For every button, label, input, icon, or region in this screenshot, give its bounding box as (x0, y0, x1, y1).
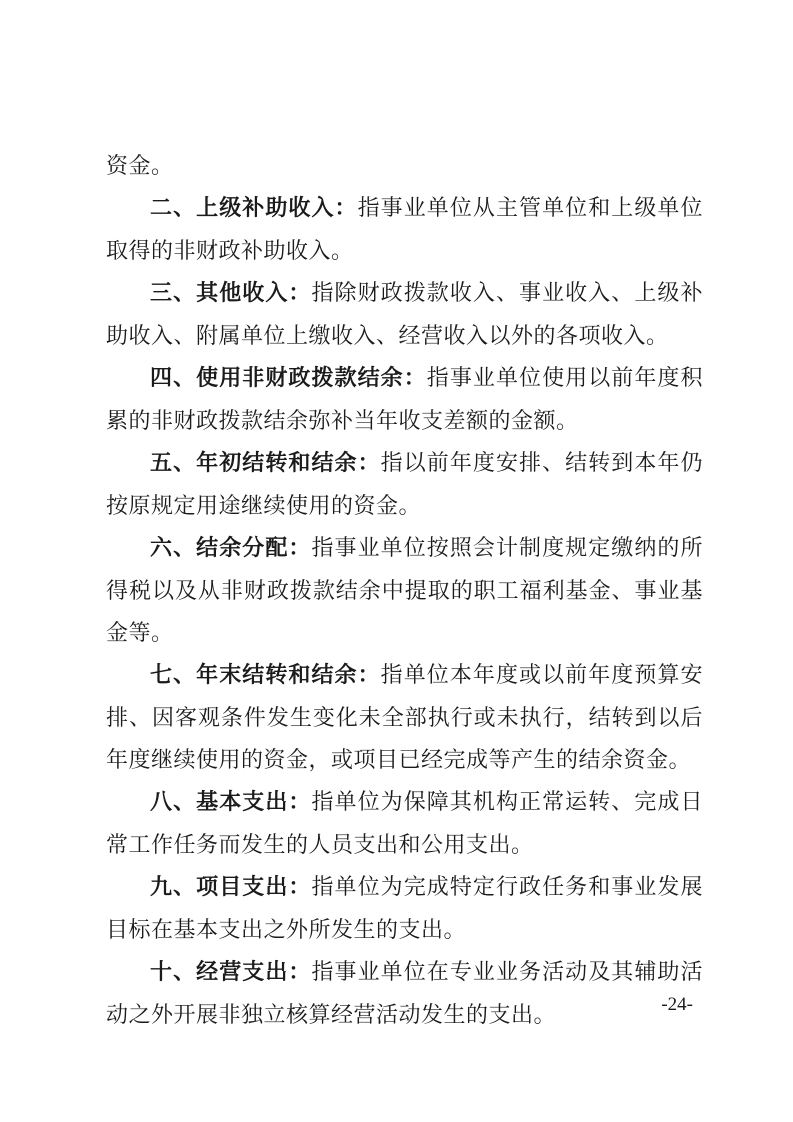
definition-term: 七、年末结转和结余： (150, 663, 381, 688)
document-page: 资金。 二、上级补助收入：指事业单位从主管单位和上级单位取得的非财政补助收入。 … (0, 0, 793, 1122)
definition-term: 八、基本支出： (150, 790, 311, 815)
definition-term: 五、年初结转和结余： (150, 451, 381, 476)
paragraph-continuation: 资金。 (106, 145, 703, 187)
definition-paragraph: 七、年末结转和结余：指单位本年度或以前年度预算安排、因客观条件发生变化未全部执行… (106, 654, 703, 781)
definition-paragraph: 二、上级补助收入：指事业单位从主管单位和上级单位取得的非财政补助收入。 (106, 187, 703, 272)
page-number: -24- (661, 994, 693, 1015)
definition-paragraph: 八、基本支出：指单位为保障其机构正常运转、完成日常工作任务而发生的人员支出和公用… (106, 781, 703, 866)
definition-paragraph: 六、结余分配：指事业单位按照会计制度规定缴纳的所得税以及从非财政拨款结余中提取的… (106, 527, 703, 654)
page-footer: -24- (661, 994, 693, 1016)
paragraph-text: 资金。 (106, 153, 174, 178)
definition-term: 九、项目支出： (150, 875, 311, 900)
definition-term: 六、结余分配： (150, 536, 311, 561)
definition-paragraph: 九、项目支出：指单位为完成特定行政任务和事业发展目标在基本支出之外所发生的支出。 (106, 866, 703, 951)
definition-paragraph: 三、其他收入：指除财政拨款收入、事业收入、上级补助收入、附属单位上缴收入、经营收… (106, 272, 703, 357)
definition-term: 二、上级补助收入： (150, 196, 358, 221)
definition-paragraph: 十、经营支出：指事业单位在专业业务活动及其辅助活动之外开展非独立核算经营活动发生… (106, 951, 703, 1036)
definition-paragraph: 四、使用非财政拨款结余：指事业单位使用以前年度积累的非财政拨款结余弥补当年收支差… (106, 357, 703, 442)
definition-term: 四、使用非财政拨款结余： (150, 366, 427, 391)
definition-term: 三、其他收入： (150, 281, 311, 306)
definition-term: 十、经营支出： (150, 960, 311, 985)
document-body: 资金。 二、上级补助收入：指事业单位从主管单位和上级单位取得的非财政补助收入。 … (106, 145, 703, 1036)
definition-paragraph: 五、年初结转和结余：指以前年度安排、结转到本年仍按原规定用途继续使用的资金。 (106, 442, 703, 527)
